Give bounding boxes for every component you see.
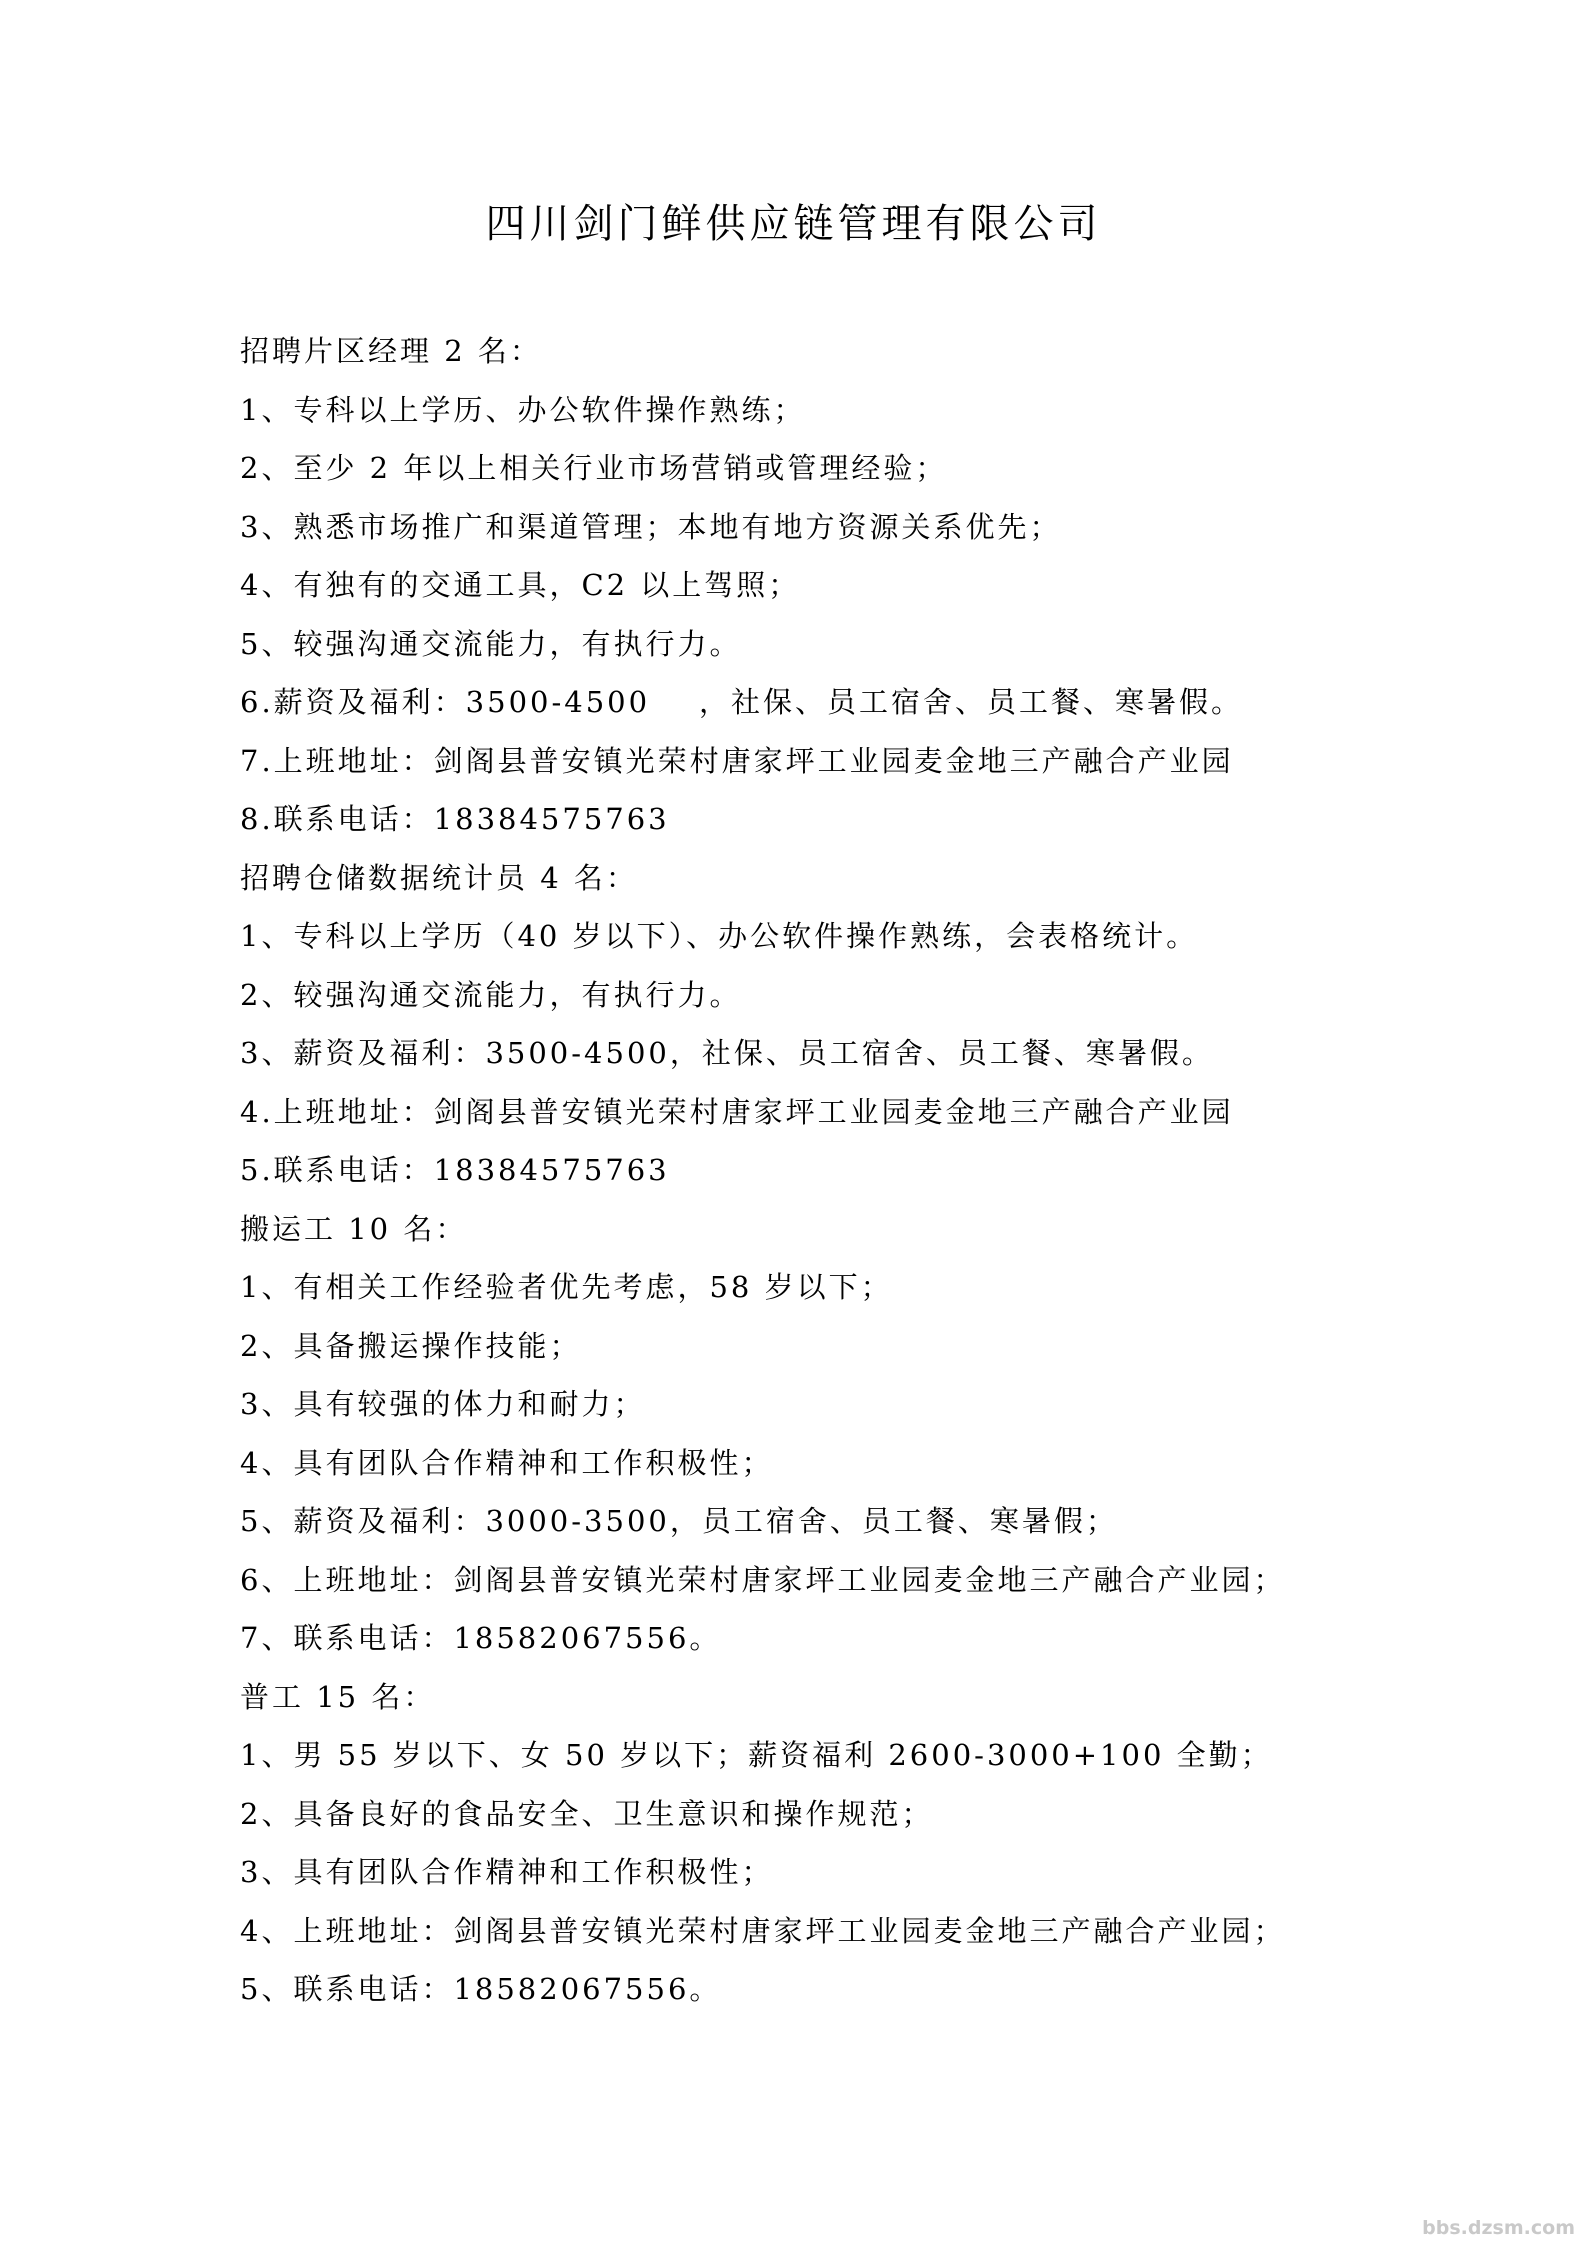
- list-item: 7.上班地址：剑阁县普安镇光荣村唐家坪工业园麦金地三产融合产业园: [240, 732, 1440, 791]
- list-item: 1、专科以上学历、办公软件操作熟练；: [240, 381, 1440, 440]
- list-item: 4、上班地址：剑阁县普安镇光荣村唐家坪工业园麦金地三产融合产业园；: [240, 1902, 1440, 1961]
- list-item: 2、较强沟通交流能力，有执行力。: [240, 966, 1440, 1025]
- list-item: 1、有相关工作经验者优先考虑，58 岁以下；: [240, 1258, 1440, 1317]
- document-title: 四川剑门鲜供应链管理有限公司: [0, 196, 1587, 252]
- list-item: 5、薪资及福利：3000-3500，员工宿舍、员工餐、寒暑假；: [240, 1492, 1440, 1551]
- list-item: 3、具有较强的体力和耐力；: [240, 1375, 1440, 1434]
- list-item: 4、具有团队合作精神和工作积极性；: [240, 1434, 1440, 1493]
- section-heading-area-manager: 招聘片区经理 2 名：: [240, 322, 1440, 381]
- list-item-phone: 5、联系电话：18582067556。: [240, 1960, 1440, 2019]
- list-item: 4、有独有的交通工具，C2 以上驾照；: [240, 556, 1440, 615]
- list-item: 2、至少 2 年以上相关行业市场营销或管理经验；: [240, 439, 1440, 498]
- list-item: 3、熟悉市场推广和渠道管理；本地有地方资源关系优先；: [240, 498, 1440, 557]
- watermark: bbs.dzsm.com: [1422, 2217, 1575, 2239]
- section-heading-warehouse-statistician: 招聘仓储数据统计员 4 名：: [240, 849, 1440, 908]
- list-item: 4.上班地址：剑阁县普安镇光荣村唐家坪工业园麦金地三产融合产业园: [240, 1083, 1440, 1142]
- list-item-phone: 7、联系电话：18582067556。: [240, 1609, 1440, 1668]
- section-heading-porter: 搬运工 10 名：: [240, 1200, 1440, 1259]
- list-item: 3、薪资及福利：3500-4500，社保、员工宿舍、员工餐、寒暑假。: [240, 1024, 1440, 1083]
- section-heading-general-worker: 普工 15 名：: [240, 1668, 1440, 1727]
- list-item: 3、具有团队合作精神和工作积极性；: [240, 1843, 1440, 1902]
- list-item: 2、具备良好的食品安全、卫生意识和操作规范；: [240, 1785, 1440, 1844]
- list-item-phone: 5.联系电话：18384575763: [240, 1141, 1440, 1200]
- list-item: 5、较强沟通交流能力，有执行力。: [240, 615, 1440, 674]
- list-item: 1、专科以上学历（40 岁以下）、办公软件操作熟练，会表格统计。: [240, 907, 1440, 966]
- list-item: 6.薪资及福利：3500-4500 ，社保、员工宿舍、员工餐、寒暑假。: [240, 673, 1440, 732]
- document-body: 招聘片区经理 2 名： 1、专科以上学历、办公软件操作熟练； 2、至少 2 年以…: [240, 322, 1440, 2019]
- list-item: 2、具备搬运操作技能；: [240, 1317, 1440, 1376]
- list-item: 6、上班地址：剑阁县普安镇光荣村唐家坪工业园麦金地三产融合产业园；: [240, 1551, 1440, 1610]
- list-item-phone: 8.联系电话：18384575763: [240, 790, 1440, 849]
- list-item: 1、男 55 岁以下、女 50 岁以下；薪资福利 2600-3000+100 全…: [240, 1726, 1440, 1785]
